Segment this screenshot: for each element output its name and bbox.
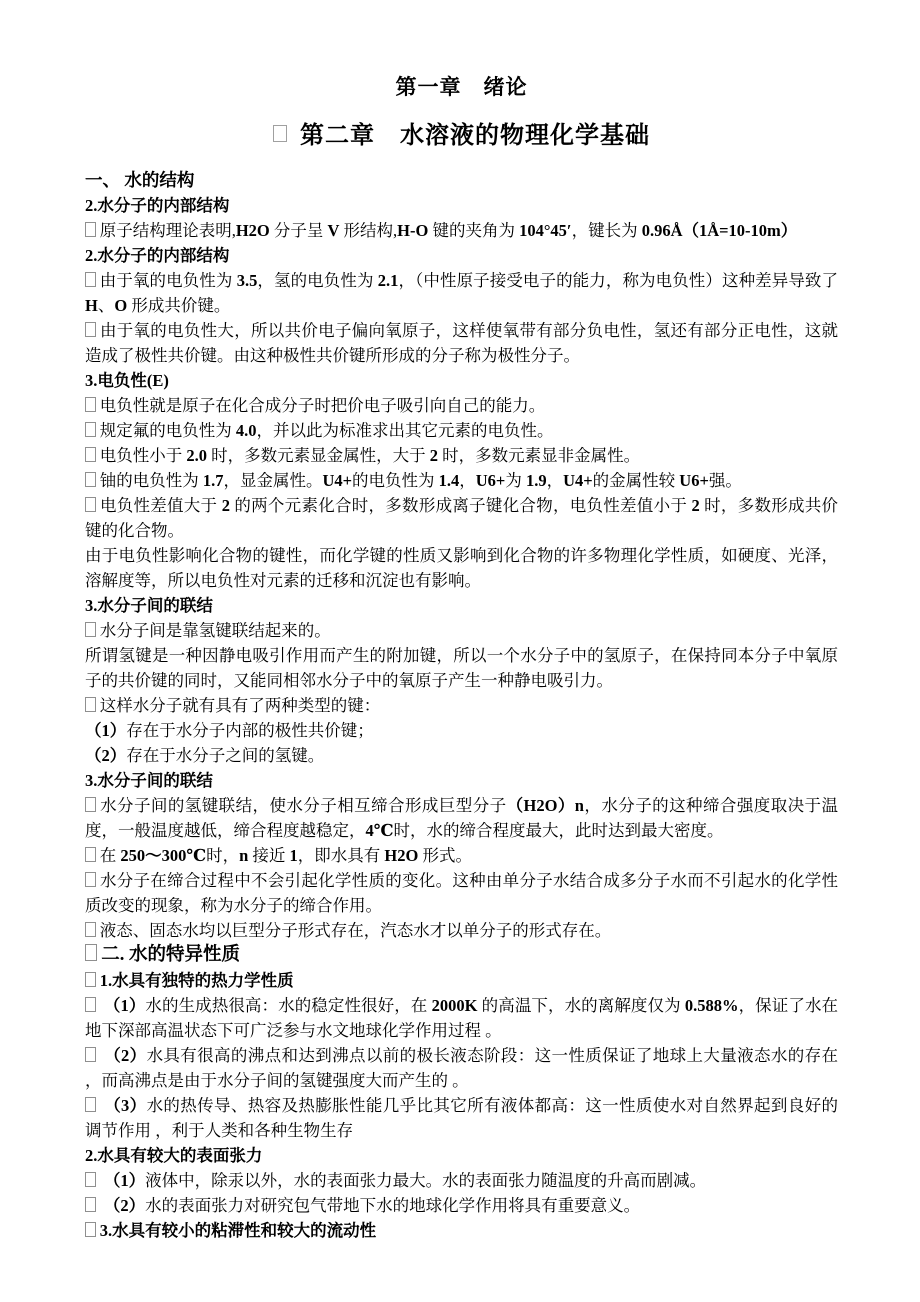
paragraph-text: 这样水分子就有具有了两种类型的键： [100,696,381,715]
placeholder-box-icon [85,1197,96,1212]
heading-paragraph: 二. 水的特异性质 [85,943,838,968]
paragraph-text: 2.水具有较大的表面张力 [85,1146,262,1165]
paragraph-text: （1）水的生成热很高：水的稳定性很好，在 2000K 的高温下，水的离解度仅为 … [85,996,838,1040]
paragraph-text: 液态、固态水均以巨型分子形式存在，汽态水才以单分子的形式存在。 [100,921,612,940]
paragraph-text: 水分子间的氢键联结，使水分子相互缔合形成巨型分子（H2O）n，水分子的这种缔合强… [85,796,838,840]
paragraph: 水分子间是靠氢键联结起来的。 [85,618,838,643]
paragraph: （1）水的生成热很高：水的稳定性很好，在 2000K 的高温下，水的离解度仅为 … [85,993,838,1043]
paragraph-text: 原子结构理论表明,H2O 分子呈 V 形结构,H-O 键的夹角为 104°45′… [100,221,798,240]
placeholder-box-icon [85,1097,96,1112]
heading-paragraph: 2.水分子的内部结构 [85,243,838,268]
paragraph-text: 水分子间是靠氢键联结起来的。 [100,621,331,640]
paragraph: 电负性小于 2.0 时，多数元素显金属性，大于 2 时，多数元素显非金属性。 [85,443,838,468]
paragraph: 由于电负性影响化合物的键性，而化学键的性质又影响到化合物的许多物理化学性质，如硬… [85,543,838,593]
placeholder-box-icon [85,497,96,512]
heading-paragraph: 2.水分子的内部结构 [85,193,838,218]
paragraph-text: （2）存在于水分子之间的氢键。 [85,746,324,765]
heading-paragraph: 一、 水的结构 [85,168,838,193]
placeholder-box-icon [85,447,96,462]
placeholder-box-icon [85,1047,96,1062]
placeholder-box-icon [85,272,96,287]
paragraph: 水分子在缔合过程中不会引起化学性质的变化。这种由单分子水结合成多分子水而不引起水… [85,868,838,918]
placeholder-box-icon [85,922,96,937]
heading-paragraph: 2.水具有较大的表面张力 [85,1143,838,1168]
paragraph: （1）存在于水分子内部的极性共价键； [85,718,838,743]
placeholder-box-icon [85,622,96,637]
paragraph-text: （3）水的热传导、热容及热膨胀性能几乎比其它所有液体都高：这一性质使水对自然界起… [85,1096,838,1140]
paragraph-text: 2.水分子的内部结构 [85,196,229,215]
heading-paragraph: 3.电负性(E) [85,368,838,393]
paragraph: 这样水分子就有具有了两种类型的键： [85,693,838,718]
placeholder-box-icon [85,422,96,437]
paragraph: （3）水的热传导、热容及热膨胀性能几乎比其它所有液体都高：这一性质使水对自然界起… [85,1093,838,1143]
heading-paragraph: 3.水具有较小的粘滞性和较大的流动性 [85,1218,838,1243]
paragraph-text: 规定氟的电负性为 4.0，并以此为标准求出其它元素的电负性。 [100,421,554,440]
placeholder-box-icon [85,697,96,712]
paragraph-text: 1.水具有独特的热力学性质 [100,971,294,990]
paragraph: 所谓氢键是一种因静电吸引作用而产生的附加键，所以一个水分子中的氢原子，在保持同本… [85,643,838,693]
placeholder-box-icon [85,222,96,237]
placeholder-box-icon [85,1172,96,1187]
paragraph-text: 电负性差值大于 2 的两个元素化合时，多数形成离子键化合物，电负性差值小于 2 … [85,496,838,540]
paragraph: 液态、固态水均以巨型分子形式存在，汽态水才以单分子的形式存在。 [85,918,838,943]
paragraph-text: （1）液体中，除汞以外，水的表面张力最大。水的表面张力随温度的升高而剧减。 [100,1171,706,1190]
placeholder-box-icon [85,472,96,487]
paragraph-text: 由于氧的电负性大，所以共价电子偏向氧原子，这样使氧带有部分负电性，氢还有部分正电… [85,321,838,365]
paragraph-text: 3.水分子间的联结 [85,596,213,615]
heading-paragraph: 3.水分子间的联结 [85,768,838,793]
document-page: 第一章 绪论 第二章 水溶液的物理化学基础 一、 水的结构2.水分子的内部结构原… [0,0,920,1302]
paragraph-text: 电负性小于 2.0 时，多数元素显金属性，大于 2 时，多数元素显非金属性。 [100,446,640,465]
placeholder-box-icon [85,797,96,812]
placeholder-box-icon [273,125,287,142]
paragraph-text: 3.水具有较小的粘滞性和较大的流动性 [100,1221,376,1240]
paragraph-text: 铀的电负性为 1.7，显金属性。U4+的电负性为 1.4，U6+为 1.9，U4… [100,471,742,490]
chapter2-heading: 第二章 水溶液的物理化学基础 [85,120,838,152]
placeholder-box-icon [85,872,96,887]
paragraph-text: 二. 水的特异性质 [101,945,240,965]
heading-paragraph: 1.水具有独特的热力学性质 [85,968,838,993]
paragraph: 原子结构理论表明,H2O 分子呈 V 形结构,H-O 键的夹角为 104°45′… [85,218,838,243]
placeholder-box-icon [85,322,96,337]
placeholder-box-icon [85,397,96,412]
paragraph: （2）水具有很高的沸点和达到沸点以前的极长液态阶段：这一性质保证了地球上大量液态… [85,1043,838,1093]
paragraph: 由于氧的电负性大，所以共价电子偏向氧原子，这样使氧带有部分负电性，氢还有部分正电… [85,318,838,368]
placeholder-box-icon [85,944,97,960]
paragraph-text: （2）水的表面张力对研究包气带地下水的地球化学作用将具有重要意义。 [100,1196,640,1215]
placeholder-box-icon [85,972,96,987]
placeholder-box-icon [85,1222,96,1237]
paragraph: 由于氧的电负性为 3.5，氢的电负性为 2.1，（中性原子接受电子的能力，称为电… [85,268,838,318]
paragraph: （1）液体中，除汞以外，水的表面张力最大。水的表面张力随温度的升高而剧减。 [85,1168,838,1193]
chapter1-heading: 第一章 绪论 [85,72,838,102]
paragraph: 规定氟的电负性为 4.0，并以此为标准求出其它元素的电负性。 [85,418,838,443]
heading-paragraph: 3.水分子间的联结 [85,593,838,618]
paragraph-text: 所谓氢键是一种因静电吸引作用而产生的附加键，所以一个水分子中的氢原子，在保持同本… [85,646,838,690]
paragraph-text: 水分子在缔合过程中不会引起化学性质的变化。这种由单分子水结合成多分子水而不引起水… [85,871,838,915]
placeholder-box-icon [85,847,96,862]
paragraph: 在 250～300℃时，n 接近 1，即水具有 H2O 形式。 [85,843,838,868]
paragraph-text: 2.水分子的内部结构 [85,246,229,265]
paragraph-text: 在 250～300℃时，n 接近 1，即水具有 H2O 形式。 [100,846,472,865]
placeholder-box-icon [85,997,96,1012]
paragraph-text: 3.水分子间的联结 [85,771,213,790]
paragraph: （2）水的表面张力对研究包气带地下水的地球化学作用将具有重要意义。 [85,1193,838,1218]
paragraph-text: 一、 水的结构 [85,170,194,190]
paragraph-text: 由于电负性影响化合物的键性，而化学键的性质又影响到化合物的许多物理化学性质，如硬… [85,546,838,590]
paragraph: 水分子间的氢键联结，使水分子相互缔合形成巨型分子（H2O）n，水分子的这种缔合强… [85,793,838,843]
paragraph: （2）存在于水分子之间的氢键。 [85,743,838,768]
paragraph-text: 3.电负性(E) [85,371,169,390]
paragraph-text: （1）存在于水分子内部的极性共价键； [85,721,374,740]
chapter2-heading-text: 第二章 水溶液的物理化学基础 [300,123,650,149]
paragraph: 电负性差值大于 2 的两个元素化合时，多数形成离子键化合物，电负性差值小于 2 … [85,493,838,543]
document-body: 一、 水的结构2.水分子的内部结构原子结构理论表明,H2O 分子呈 V 形结构,… [85,168,838,1243]
paragraph-text: （2）水具有很高的沸点和达到沸点以前的极长液态阶段：这一性质保证了地球上大量液态… [85,1046,838,1090]
paragraph-text: 电负性就是原子在化合成分子时把价电子吸引向自己的能力。 [100,396,546,415]
paragraph-text: 由于氧的电负性为 3.5，氢的电负性为 2.1，（中性原子接受电子的能力，称为电… [85,271,838,315]
paragraph: 铀的电负性为 1.7，显金属性。U4+的电负性为 1.4，U6+为 1.9，U4… [85,468,838,493]
paragraph: 电负性就是原子在化合成分子时把价电子吸引向自己的能力。 [85,393,838,418]
